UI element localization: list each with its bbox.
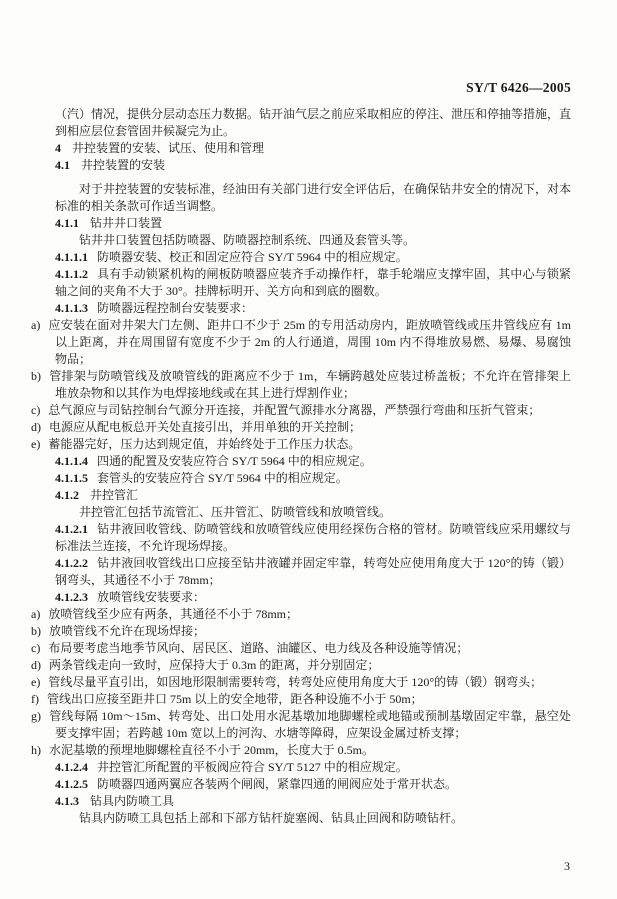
page-header: SY/T 6426—2005 — [55, 80, 571, 96]
clause-4-1-1-1: 4.1.1.1防喷器安装、校正和固定应符合 SY/T 5964 中的相应规定。 — [55, 249, 571, 266]
clause-number: 4.1.1.2 — [55, 267, 88, 281]
clause-number: 4.1.2.4 — [55, 760, 88, 774]
section-title: 井控管汇 — [90, 488, 138, 502]
list-marker: d) — [31, 658, 41, 672]
clause-number: 4.1.1.5 — [55, 471, 88, 485]
list-marker: h) — [31, 743, 41, 757]
intro-paragraph: （汽）情况，提供分层动态压力数据。钻开油气层之前应采取相应的停注、泄压和停抽等措… — [55, 106, 571, 140]
heading-section-4-1-2: 4.1.2井控管汇 — [55, 487, 571, 504]
list-item-e: e)蓄能器完好，压力达到规定值，并始终处于工作压力状态。 — [55, 436, 571, 453]
clause-4-1-1-5: 4.1.1.5套管头的安装应符合 SY/T 5964 中的相应规定。 — [55, 470, 571, 487]
clause-4-1-2-4: 4.1.2.4井控管汇所配置的平板阀应符合 SY/T 5127 中的相应规定。 — [55, 759, 571, 776]
paragraph-4-1-1: 钻井井口装置包括防喷器、防喷器控制系统、四通及套管头等。 — [55, 232, 571, 249]
list-item-b: b)放喷管线不允许在现场焊接； — [55, 623, 571, 640]
section-number: 4 — [55, 141, 61, 155]
clause-4-1-2-1: 4.1.2.1钻井液回收管线、防喷管线和放喷管线应使用经探伤合格的管材。防喷管线… — [55, 521, 571, 555]
list-marker: a) — [31, 607, 40, 621]
section-number: 4.1.2 — [55, 488, 79, 502]
list-item-b: b)管排架与防喷管线及放喷管线的距离应不少于 1m，车辆跨越处应装过桥盖板；不允… — [55, 368, 571, 402]
list-item-text: 管排架与防喷管线及放喷管线的距离应不少于 1m，车辆跨越处应装过桥盖板；不允许在… — [49, 369, 571, 400]
list-item-a: a)放喷管线至少应有两条，其通径不小于 78mm； — [55, 606, 571, 623]
list-item-text: 管线尽量平直引出，如因地形限制需要转弯，转弯处应使用角度大于 120°的铸（锻）… — [48, 675, 542, 689]
list-item-text: 放喷管线不允许在现场焊接； — [49, 624, 205, 638]
list-item-text: 水泥基墩的预埋地脚螺栓直径不小于 20mm，长度大于 0.5m。 — [49, 743, 374, 757]
list-item-a: a)应安装在面对井架大门左侧、距井口不少于 25m 的专用活动房内，距放喷管线或… — [55, 317, 571, 368]
document-page: SY/T 6426—2005 （汽）情况，提供分层动态压力数据。钻开油气层之前应… — [0, 0, 617, 899]
list-item-g: g)管线每隔 10m～15m、转弯处、出口处用水泥基墩加地脚螺栓或地锚或预制基墩… — [55, 708, 571, 742]
clause-text: 钻井液回收管线、防喷管线和放喷管线应使用经探伤合格的管材。防喷管线应采用螺纹与标… — [55, 522, 571, 553]
list-item-c: c)布局要考虑当地季节风向、居民区、道路、油罐区、电力线及各种设施等情况； — [55, 640, 571, 657]
list-item-text: 总气源应与司钻控制台气源分开连接，并配置气源排水分离器，严禁强行弯曲和压折气管束… — [48, 403, 540, 417]
clause-4-1-1-2: 4.1.1.2具有手动锁紧机构的闸板防喷器应装齐手动操作杆，靠手轮端应支撑牢固，… — [55, 266, 571, 300]
list-item-text: 布局要考虑当地季节风向、居民区、道路、油罐区、电力线及各种设施等情况； — [48, 641, 468, 655]
list-marker: e) — [31, 675, 40, 689]
list-item-h: h)水泥基墩的预埋地脚螺栓直径不小于 20mm，长度大于 0.5m。 — [55, 742, 571, 759]
heading-section-4-1: 4.1井控装置的安装 — [55, 157, 571, 174]
clause-number: 4.1.2.1 — [55, 522, 88, 536]
section-title: 钻井井口装置 — [90, 216, 162, 230]
clause-number: 4.1.2.2 — [55, 556, 88, 570]
list-marker: c) — [31, 641, 40, 655]
clause-4-1-1-4: 4.1.1.4四通的配置及安装应符合 SY/T 5964 中的相应规定。 — [55, 453, 571, 470]
clause-text: 井控管汇所配置的平板阀应符合 SY/T 5127 中的相应规定。 — [97, 760, 408, 774]
paragraph-4-1-2: 井控管汇包括节流管汇、压井管汇、防喷管线和放喷管线。 — [55, 504, 571, 521]
list-item-text: 管线出口应接至距井口 75m 以上的安全地带，距各种设施不小于 50m； — [47, 692, 423, 706]
page-footer: 3 — [564, 859, 570, 874]
clause-number: 4.1.1.3 — [55, 301, 88, 315]
page-number: 3 — [564, 859, 570, 873]
list-marker: d) — [31, 420, 41, 434]
list-marker: g) — [31, 709, 41, 723]
list-marker: e) — [31, 437, 40, 451]
section-title: 井控装置的安装 — [81, 158, 165, 172]
list-marker: b) — [31, 369, 41, 383]
list-item-text: 蓄能器完好，压力达到规定值，并始终处于工作压力状态。 — [48, 437, 360, 451]
clause-number: 4.1.1.1 — [55, 250, 88, 264]
clause-text: 防喷器四通两翼应各装两个闸阀，紧靠四通的闸阀应处于常开状态。 — [97, 777, 457, 791]
heading-section-4: 4井控装置的安装、试压、使用和管理 — [55, 140, 571, 157]
paragraph-4-1-3: 钻具内防喷工具包括上部和下部方钻杆旋塞阀、钻具止回阀和防喷钻杆。 — [55, 810, 571, 827]
clause-text: 套管头的安装应符合 SY/T 5964 中的相应规定。 — [97, 471, 348, 485]
document-body: （汽）情况，提供分层动态压力数据。钻开油气层之前应采取相应的停注、泄压和停抽等措… — [55, 106, 571, 827]
list-item-text: 两条管线走向一致时，应保持大于 0.3m 的距离，并分别固定； — [49, 658, 379, 672]
clause-text: 钻井液回收管线出口应接至钻井液罐并固定牢靠，转弯处应使用角度大于 120°的铸（… — [55, 556, 571, 587]
section-number: 4.1.3 — [55, 794, 79, 808]
paragraph-4-1: 对于井控装置的安装标准，经油田有关部门进行安全评估后，在确保钻井安全的情况下，对… — [55, 181, 571, 215]
list-marker: f) — [31, 692, 39, 706]
clause-number: 4.1.2.5 — [55, 777, 88, 791]
clause-4-1-2-3: 4.1.2.3放喷管线安装要求： — [55, 589, 571, 606]
clause-text: 防喷器安装、校正和固定应符合 SY/T 5964 中的相应规定。 — [97, 250, 408, 264]
clause-text: 放喷管线安装要求： — [97, 590, 205, 604]
list-item-d: d)两条管线走向一致时，应保持大于 0.3m 的距离，并分别固定； — [55, 657, 571, 674]
list-item-text: 应安装在面对井架大门左侧、距井口不少于 25m 的专用活动房内，距放喷管线或压井… — [48, 318, 571, 366]
list-marker: a) — [31, 318, 40, 332]
clause-text: 防喷器远程控制台安装要求： — [97, 301, 253, 315]
list-item-e: e)管线尽量平直引出，如因地形限制需要转弯，转弯处应使用角度大于 120°的铸（… — [55, 674, 571, 691]
section-title: 钻具内防喷工具 — [90, 794, 174, 808]
clause-4-1-2-5: 4.1.2.5防喷器四通两翼应各装两个闸阀，紧靠四通的闸阀应处于常开状态。 — [55, 776, 571, 793]
heading-section-4-1-3: 4.1.3钻具内防喷工具 — [55, 793, 571, 810]
heading-section-4-1-1: 4.1.1钻井井口装置 — [55, 215, 571, 232]
list-marker: c) — [31, 403, 40, 417]
section-number: 4.1 — [55, 158, 70, 172]
list-item-d: d)电源应从配电板总开关处直接引出，并用单独的开关控制； — [55, 419, 571, 436]
list-marker: b) — [31, 624, 41, 638]
list-item-text: 电源应从配电板总开关处直接引出，并用单独的开关控制； — [49, 420, 361, 434]
clause-4-1-2-2: 4.1.2.2钻井液回收管线出口应接至钻井液罐并固定牢靠，转弯处应使用角度大于 … — [55, 555, 571, 589]
clause-text: 四通的配置及安装应符合 SY/T 5964 中的相应规定。 — [97, 454, 372, 468]
clause-4-1-1-3: 4.1.1.3防喷器远程控制台安装要求： — [55, 300, 571, 317]
section-title: 井控装置的安装、试压、使用和管理 — [72, 141, 264, 155]
clause-number: 4.1.2.3 — [55, 590, 88, 604]
list-item-f: f)管线出口应接至距井口 75m 以上的安全地带，距各种设施不小于 50m； — [55, 691, 571, 708]
list-item-text: 管线每隔 10m～15m、转弯处、出口处用水泥基墩加地脚螺栓或地锚或预制基墩固定… — [49, 709, 571, 740]
clause-text: 具有手动锁紧机构的闸板防喷器应装齐手动操作杆，靠手轮端应支撑牢固，其中心与锁紧轴… — [55, 267, 571, 298]
standard-number: SY/T 6426—2005 — [466, 80, 571, 95]
section-number: 4.1.1 — [55, 216, 79, 230]
list-item-c: c)总气源应与司钻控制台气源分开连接，并配置气源排水分离器，严禁强行弯曲和压折气… — [55, 402, 571, 419]
clause-number: 4.1.1.4 — [55, 454, 88, 468]
list-item-text: 放喷管线至少应有两条，其通径不小于 78mm； — [48, 607, 298, 621]
